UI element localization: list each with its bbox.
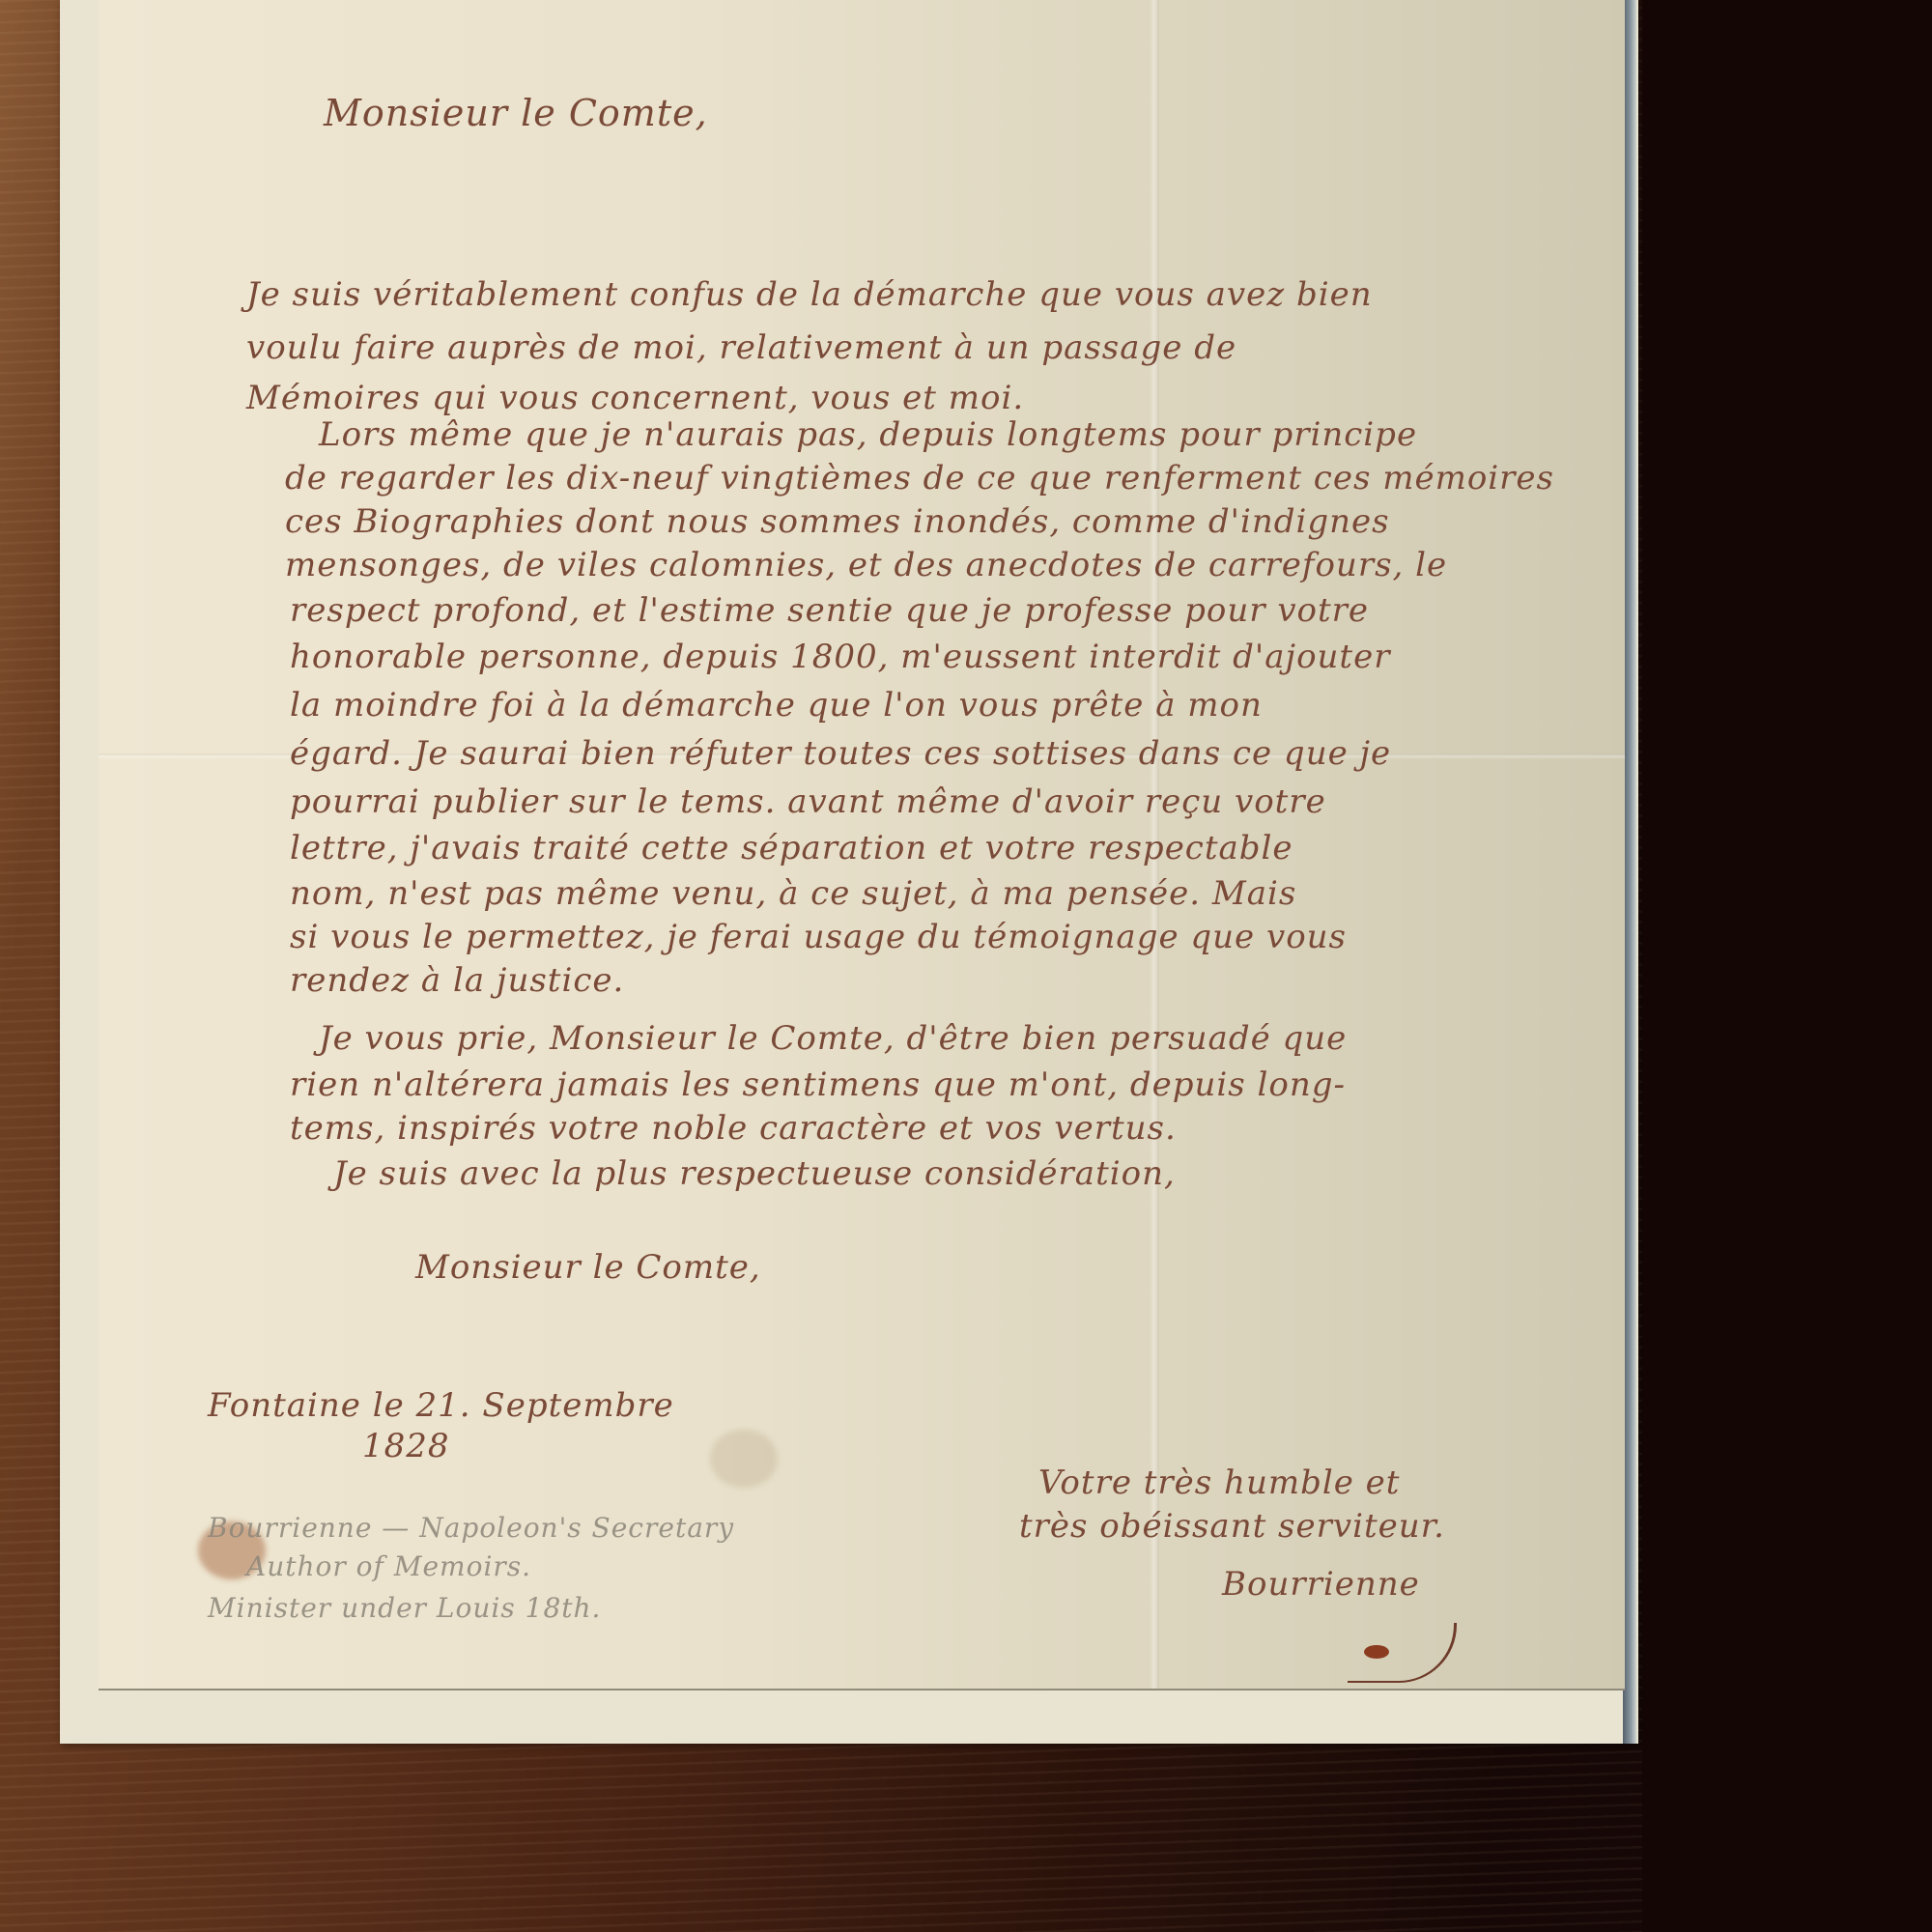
- letter-line: honorable personne, depuis 1800, m'eusse…: [290, 638, 1390, 676]
- pencil-annotation-line-1: Bourrienne — Napoleon's Secretary: [208, 1512, 734, 1544]
- letter-line: de regarder les dix-neuf vingtièmes de c…: [285, 459, 1554, 497]
- place-and-date: Fontaine le 21. Septembre: [208, 1386, 674, 1425]
- water-stain: [710, 1430, 778, 1488]
- letter-line: Mémoires qui vous concernent, vous et mo…: [246, 379, 1024, 417]
- pencil-annotation-line-3: Minister under Louis 18th.: [208, 1592, 601, 1624]
- letter-line: mensonges, de viles calomnies, et des an…: [285, 546, 1447, 584]
- letter-line: voulu faire auprès de moi, relativement …: [246, 328, 1236, 367]
- valediction-line-1: Votre très humble et: [1038, 1463, 1400, 1502]
- letter-line: Je suis avec la plus respectueuse consid…: [333, 1154, 1176, 1193]
- closing-address: Monsieur le Comte,: [415, 1248, 761, 1287]
- ink-blot: [1364, 1645, 1389, 1659]
- pencil-annotation-line-2: Author of Memoirs.: [246, 1550, 531, 1582]
- letter-line: si vous le permettez, je ferai usage du …: [290, 918, 1347, 956]
- letter-line: respect profond, et l'estime sentie que …: [290, 591, 1369, 630]
- letter-line: égard. Je saurai bien réfuter toutes ces…: [290, 734, 1391, 773]
- dark-background: [1642, 0, 1932, 1932]
- letter-line: Je suis véritablement confus de la démar…: [246, 275, 1373, 314]
- year: 1828: [362, 1427, 450, 1465]
- letter-line: rien n'altérera jamais les sentimens que…: [290, 1065, 1346, 1104]
- valediction-line-2: très obéissant serviteur.: [1019, 1507, 1445, 1546]
- mount-board-edge: [1623, 0, 1636, 1744]
- letter-line: ces Biographies dont nous sommes inondés…: [285, 502, 1390, 541]
- letter-line: Je vous prie, Monsieur le Comte, d'être …: [319, 1019, 1347, 1058]
- signature: Bourrienne: [1222, 1565, 1420, 1604]
- letter-line: Lors même que je n'aurais pas, depuis lo…: [319, 415, 1417, 454]
- salutation: Monsieur le Comte,: [324, 92, 708, 134]
- letter-line: tems, inspirés votre noble caractère et …: [290, 1109, 1177, 1148]
- letter-line: la moindre foi à la démarche que l'on vo…: [290, 686, 1263, 724]
- letter-line: nom, n'est pas même venu, à ce sujet, à …: [290, 874, 1296, 913]
- letter-line: pourrai publier sur le tems. avant même …: [290, 782, 1326, 821]
- letter-line: lettre, j'avais traité cette séparation …: [290, 829, 1293, 867]
- letter-line: rendez à la justice.: [290, 961, 624, 1000]
